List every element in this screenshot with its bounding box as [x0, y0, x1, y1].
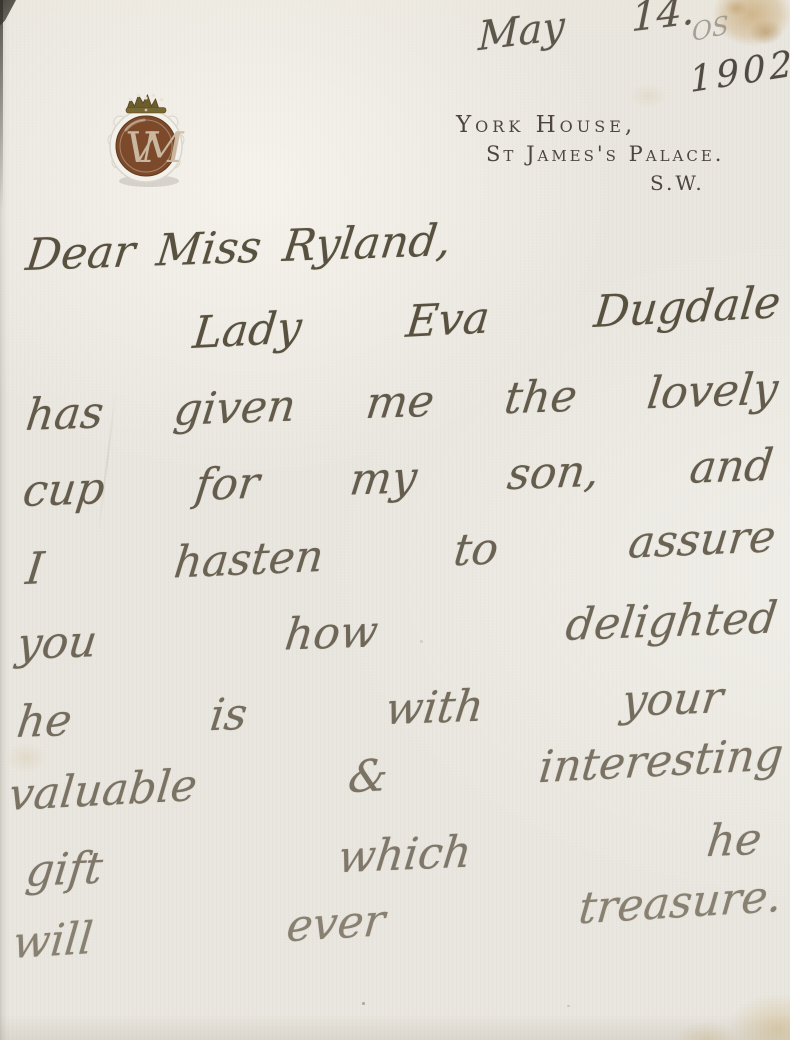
letterhead-line-palace: St James's Palace. — [486, 142, 724, 166]
ink-speck — [362, 1002, 365, 1005]
body-line: valuable & interesting — [6, 731, 785, 820]
body-line: Lady Eva Dugdale — [190, 279, 782, 358]
ink-speck — [567, 1005, 570, 1007]
body-line: he is with your — [14, 674, 726, 747]
body-line: has given me the lovely — [23, 366, 781, 441]
body-line: cup for my son, and — [20, 442, 776, 517]
page-edge-shadow — [0, 0, 3, 210]
salutation-line: Dear Miss Ryland, — [23, 217, 454, 280]
letterhead-line-house: York House, — [456, 112, 636, 138]
date-day-month: May 14. — [478, 0, 695, 60]
coronet-icon — [126, 94, 166, 113]
body-line: you how delighted — [14, 594, 780, 669]
royal-cypher-crest-icon: VM — [100, 82, 192, 190]
date-year: 1902 — [689, 43, 790, 101]
pencil-annotation: OS — [691, 10, 729, 47]
letter-page: OS May 14. 1902 — [0, 0, 790, 1040]
letterhead-line-postal: S.W. — [650, 171, 705, 195]
body-line: I hasten to assure — [23, 513, 778, 594]
